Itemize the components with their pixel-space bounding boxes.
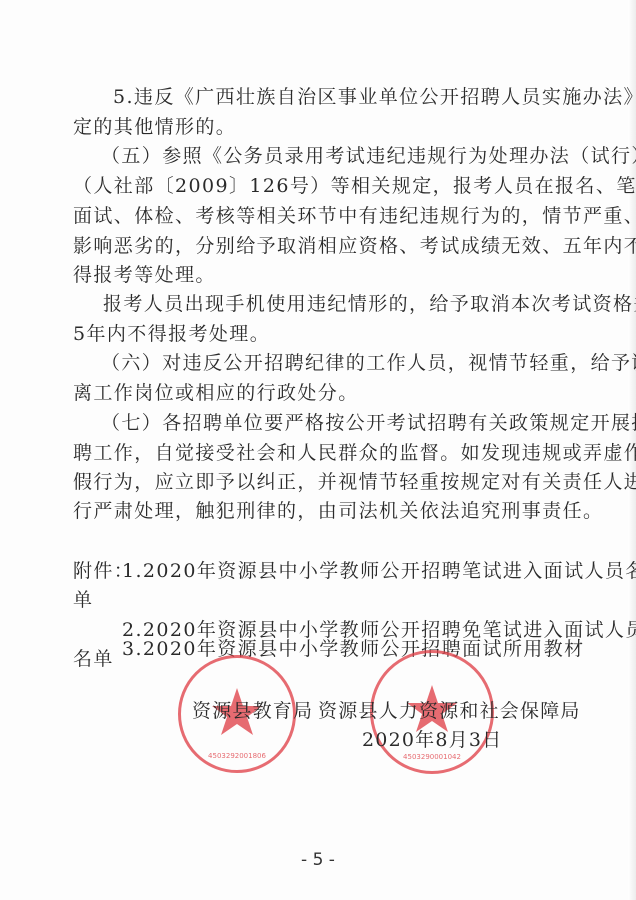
text-line: 5年内不得报考处理。 (73, 323, 557, 345)
text-line: （人社部〔2009〕126号）等相关规定，报考人员在报名、笔试、 (73, 175, 557, 197)
document-page: 5.违反《广西壮族自治区事业单位公开招聘人员实施办法》规 定的其他情形的。 （五… (0, 0, 636, 900)
signature-org-education: 资源县教育局 (192, 700, 313, 722)
attachments-label: 附件： (73, 560, 123, 582)
attachment-item-1-cont: 单 (73, 589, 557, 611)
text-line: 5.违反《广西壮族自治区事业单位公开招聘人员实施办法》规 (113, 86, 557, 108)
text-line: （五）参照《公务员录用考试违纪违规行为处理办法（试行）》 (101, 145, 557, 167)
text-line: 离工作岗位或相应的行政处分。 (73, 382, 557, 404)
signature-org-hrss: 资源县人力资源和社会保障局 (318, 700, 581, 722)
text-line: （七）各招聘单位要严格按公开考试招聘有关政策规定开展招 (101, 412, 557, 434)
page-number: - 5 - (0, 850, 636, 870)
text-line: 报考人员出现手机使用违纪情形的，给予取消本次考试资格并 (103, 293, 557, 315)
svg-text:4503292001806: 4503292001806 (208, 752, 266, 760)
text-line: 假行为，应立即予以纠正，并视情节轻重按规定对有关责任人进 (73, 471, 557, 493)
text-line: 聘工作，自觉接受社会和人民群众的监督。如发现违规或弄虚作 (73, 442, 557, 464)
text-line: （六）对违反公开招聘纪律的工作人员，视情节轻重，给予调 (101, 352, 557, 374)
svg-text:4503290001042: 4503290001042 (403, 753, 461, 761)
text-line: 面试、体检、考核等相关环节中有违纪违规行为的，情节严重、 (73, 205, 557, 227)
attachment-item-1: 1.2020年资源县中小学教师公开招聘笔试进入面试人员名 (122, 560, 557, 582)
text-line: 行严肃处理，触犯刑律的，由司法机关依法追究刑事责任。 (73, 500, 557, 522)
text-line: 影响恶劣的，分别给予取消相应资格、考试成绩无效、五年内不 (73, 235, 557, 257)
text-line: 得报考等处理。 (73, 264, 557, 286)
text-line: 定的其他情形的。 (73, 116, 557, 138)
signature-date: 2020年8月3日 (362, 729, 502, 751)
